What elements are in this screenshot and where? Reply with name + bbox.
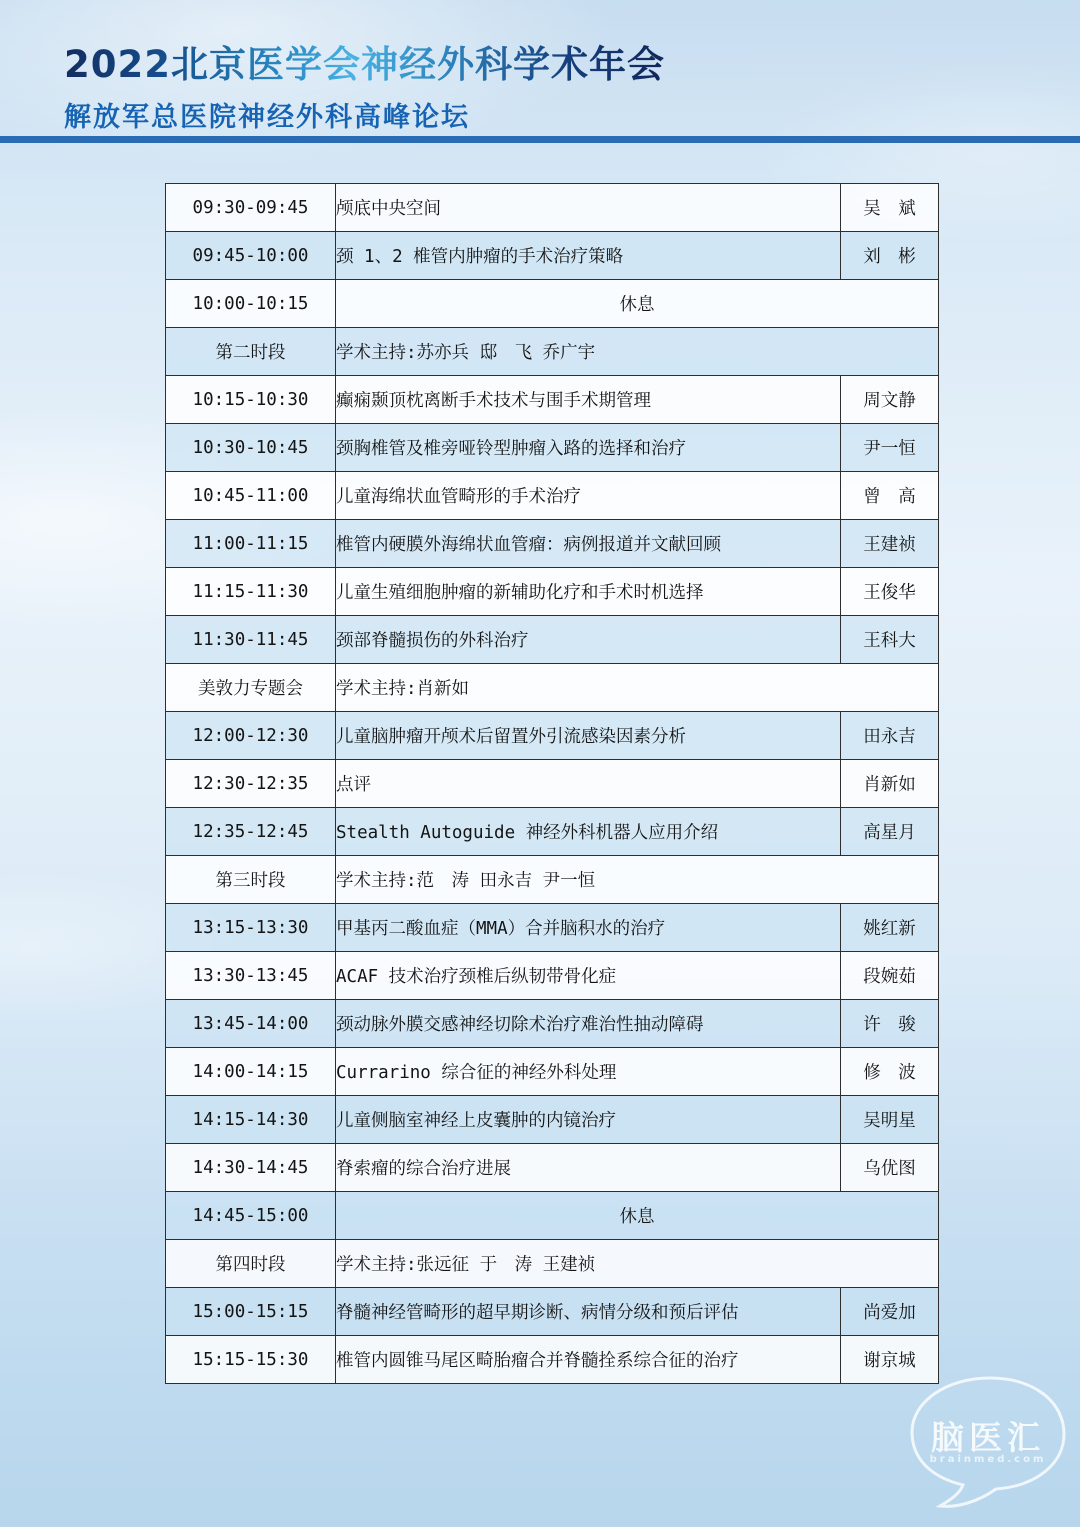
time-cell: 10:45-11:00 [166, 472, 336, 520]
logo-domain: brainmed.com [926, 1454, 1050, 1465]
time-cell: 美敦力专题会 [166, 664, 336, 712]
time-cell: 10:00-10:15 [166, 280, 336, 328]
schedule-row: 11:00-11:15 椎管内硬膜外海绵状血管瘤：病例报道并文献回顾 王建祯 [166, 520, 939, 568]
time-cell: 14:45-15:00 [166, 1192, 336, 1240]
topic-cell: 儿童侧脑室神经上皮囊肿的内镜治疗 [336, 1096, 841, 1144]
speaker-cell: 王建祯 [841, 520, 939, 568]
time-cell: 13:30-13:45 [166, 952, 336, 1000]
speaker-cell: 尚爱加 [841, 1288, 939, 1336]
speaker-cell: 肖新如 [841, 760, 939, 808]
time-cell: 12:00-12:30 [166, 712, 336, 760]
topic-cell: 颈部脊髓损伤的外科治疗 [336, 616, 841, 664]
speaker-cell: 周文静 [841, 376, 939, 424]
topic-cell: Currarino 综合征的神经外科处理 [336, 1048, 841, 1096]
topic-cell: 儿童生殖细胞肿瘤的新辅助化疗和手术时机选择 [336, 568, 841, 616]
speaker-cell: 吴明星 [841, 1096, 939, 1144]
schedule-row: 14:30-14:45 脊索瘤的综合治疗进展 乌优图 [166, 1144, 939, 1192]
topic-cell: 脊髓神经管畸形的超早期诊断、病情分级和预后评估 [336, 1288, 841, 1336]
time-cell: 14:30-14:45 [166, 1144, 336, 1192]
topic-cell: 颈动脉外膜交感神经切除术治疗难治性抽动障碍 [336, 1000, 841, 1048]
schedule-row: 13:30-13:45 ACAF 技术治疗颈椎后纵韧带骨化症 段婉茹 [166, 952, 939, 1000]
time-cell: 09:45-10:00 [166, 232, 336, 280]
time-cell: 14:00-14:15 [166, 1048, 336, 1096]
schedule-row: 09:45-10:00 颈 1、2 椎管内肿瘤的手术治疗策略 刘 彬 [166, 232, 939, 280]
speaker-cell: 王科大 [841, 616, 939, 664]
time-cell: 第四时段 [166, 1240, 336, 1288]
time-cell: 15:15-15:30 [166, 1336, 336, 1384]
header-divider [0, 136, 1080, 143]
merged-cell: 学术主持:范 涛 田永吉 尹一恒 [336, 856, 939, 904]
speaker-cell: 姚红新 [841, 904, 939, 952]
speaker-cell: 田永吉 [841, 712, 939, 760]
time-cell: 12:30-12:35 [166, 760, 336, 808]
time-cell: 09:30-09:45 [166, 184, 336, 232]
topic-cell: Stealth Autoguide 神经外科机器人应用介绍 [336, 808, 841, 856]
time-cell: 11:00-11:15 [166, 520, 336, 568]
brainmed-logo: 脑医汇 brainmed.com [898, 1368, 1076, 1520]
schedule-row: 15:00-15:15 脊髓神经管畸形的超早期诊断、病情分级和预后评估 尚爱加 [166, 1288, 939, 1336]
schedule-table-body: 09:30-09:45 颅底中央空间 吴 斌 09:45-10:00 颈 1、2… [166, 184, 939, 1384]
schedule-row: 10:45-11:00 儿童海绵状血管畸形的手术治疗 曾 高 [166, 472, 939, 520]
topic-cell: ACAF 技术治疗颈椎后纵韧带骨化症 [336, 952, 841, 1000]
schedule-row: 10:30-10:45 颈胸椎管及椎旁哑铃型肿瘤入路的选择和治疗 尹一恒 [166, 424, 939, 472]
schedule-row: 09:30-09:45 颅底中央空间 吴 斌 [166, 184, 939, 232]
speaker-cell: 吴 斌 [841, 184, 939, 232]
schedule-row: 11:30-11:45 颈部脊髓损伤的外科治疗 王科大 [166, 616, 939, 664]
topic-cell: 癫痫颞顶枕离断手术技术与围手术期管理 [336, 376, 841, 424]
speaker-cell: 王俊华 [841, 568, 939, 616]
merged-cell: 学术主持:肖新如 [336, 664, 939, 712]
merged-cell: 学术主持:苏亦兵 邸 飞 乔广宇 [336, 328, 939, 376]
speaker-cell: 修 波 [841, 1048, 939, 1096]
schedule-row: 10:15-10:30 癫痫颞顶枕离断手术技术与围手术期管理 周文静 [166, 376, 939, 424]
speaker-cell: 段婉茹 [841, 952, 939, 1000]
time-cell: 13:15-13:30 [166, 904, 336, 952]
time-cell: 第三时段 [166, 856, 336, 904]
schedule-row: 12:00-12:30 儿童脑肿瘤开颅术后留置外引流感染因素分析 田永吉 [166, 712, 939, 760]
time-cell: 11:15-11:30 [166, 568, 336, 616]
speaker-cell: 乌优图 [841, 1144, 939, 1192]
schedule-row: 美敦力专题会 学术主持:肖新如 [166, 664, 939, 712]
page-header: 2022北京医学会神经外科学术年会 解放军总医院神经外科高峰论坛 [64, 44, 665, 134]
schedule-row: 10:00-10:15 休息 [166, 280, 939, 328]
page-subtitle: 解放军总医院神经外科高峰论坛 [64, 95, 665, 134]
speaker-cell: 曾 高 [841, 472, 939, 520]
schedule-row: 第二时段 学术主持:苏亦兵 邸 飞 乔广宇 [166, 328, 939, 376]
time-cell: 11:30-11:45 [166, 616, 336, 664]
schedule-row: 14:15-14:30 儿童侧脑室神经上皮囊肿的内镜治疗 吴明星 [166, 1096, 939, 1144]
schedule-row: 第三时段 学术主持:范 涛 田永吉 尹一恒 [166, 856, 939, 904]
schedule-table: 09:30-09:45 颅底中央空间 吴 斌 09:45-10:00 颈 1、2… [165, 183, 939, 1384]
time-cell: 第二时段 [166, 328, 336, 376]
speaker-cell: 尹一恒 [841, 424, 939, 472]
schedule-row: 13:45-14:00 颈动脉外膜交感神经切除术治疗难治性抽动障碍 许 骏 [166, 1000, 939, 1048]
topic-cell: 甲基丙二酸血症（MMA）合并脑积水的治疗 [336, 904, 841, 952]
schedule-row: 14:45-15:00 休息 [166, 1192, 939, 1240]
merged-cell: 学术主持:张远征 于 涛 王建祯 [336, 1240, 939, 1288]
speaker-cell: 刘 彬 [841, 232, 939, 280]
merged-cell: 休息 [336, 280, 939, 328]
topic-cell: 椎管内硬膜外海绵状血管瘤：病例报道并文献回顾 [336, 520, 841, 568]
time-cell: 15:00-15:15 [166, 1288, 336, 1336]
time-cell: 10:30-10:45 [166, 424, 336, 472]
topic-cell: 椎管内圆锥马尾区畸胎瘤合并脊髓拴系综合征的治疗 [336, 1336, 841, 1384]
time-cell: 12:35-12:45 [166, 808, 336, 856]
speaker-cell: 许 骏 [841, 1000, 939, 1048]
schedule-row: 11:15-11:30 儿童生殖细胞肿瘤的新辅助化疗和手术时机选择 王俊华 [166, 568, 939, 616]
topic-cell: 点评 [336, 760, 841, 808]
schedule-row: 12:30-12:35 点评 肖新如 [166, 760, 939, 808]
topic-cell: 颈 1、2 椎管内肿瘤的手术治疗策略 [336, 232, 841, 280]
speaker-cell: 高星月 [841, 808, 939, 856]
logo-name: 脑医汇 [926, 1412, 1050, 1459]
time-cell: 14:15-14:30 [166, 1096, 336, 1144]
schedule-row: 14:00-14:15 Currarino 综合征的神经外科处理 修 波 [166, 1048, 939, 1096]
topic-cell: 颈胸椎管及椎旁哑铃型肿瘤入路的选择和治疗 [336, 424, 841, 472]
schedule-row: 第四时段 学术主持:张远征 于 涛 王建祯 [166, 1240, 939, 1288]
topic-cell: 儿童海绵状血管畸形的手术治疗 [336, 472, 841, 520]
schedule-row: 12:35-12:45 Stealth Autoguide 神经外科机器人应用介… [166, 808, 939, 856]
schedule-row: 15:15-15:30 椎管内圆锥马尾区畸胎瘤合并脊髓拴系综合征的治疗 谢京城 [166, 1336, 939, 1384]
topic-cell: 儿童脑肿瘤开颅术后留置外引流感染因素分析 [336, 712, 841, 760]
schedule-row: 13:15-13:30 甲基丙二酸血症（MMA）合并脑积水的治疗 姚红新 [166, 904, 939, 952]
merged-cell: 休息 [336, 1192, 939, 1240]
topic-cell: 脊索瘤的综合治疗进展 [336, 1144, 841, 1192]
page-title: 2022北京医学会神经外科学术年会 [64, 44, 665, 87]
time-cell: 13:45-14:00 [166, 1000, 336, 1048]
topic-cell: 颅底中央空间 [336, 184, 841, 232]
time-cell: 10:15-10:30 [166, 376, 336, 424]
